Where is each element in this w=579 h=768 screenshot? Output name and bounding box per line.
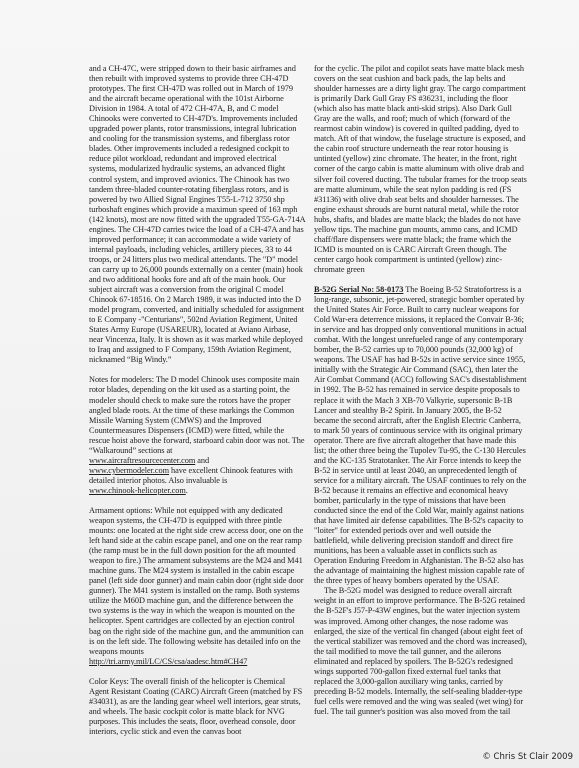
paragraph-gap xyxy=(89,365,306,375)
modeler-notes-paragraph: Notes for modelers: The D model Chinook … xyxy=(89,375,306,496)
army-weapons-mounts-link[interactable]: http://tri.army.mil/LC/CS/csa/aadesc.htm… xyxy=(89,657,247,666)
color-keys-paragraph: Color Keys: The overall finish of the he… xyxy=(89,677,306,737)
chinook-history-paragraph: and a CH-47C, were stripped down to thei… xyxy=(89,64,306,365)
copyright-watermark: © Chris St Clair 2009 xyxy=(482,752,573,762)
cybermodeler-link[interactable]: www.cybermodeler.com xyxy=(89,466,169,475)
paragraph-gap xyxy=(89,496,306,506)
modeler-notes-text: Notes for modelers: The D model Chinook … xyxy=(89,375,304,454)
right-column: for the cyclic. The pilot and copilot se… xyxy=(314,64,528,717)
document-page: and a CH-47C, were stripped down to thei… xyxy=(0,0,579,768)
b52-intro-paragraph: B-52G Serial No: 58-0173 The Boeing B-52… xyxy=(314,285,528,586)
armament-text: Armament options: While not equipped wit… xyxy=(89,506,304,656)
b52-section-heading: B-52G Serial No: 58-0173 xyxy=(314,285,403,294)
paragraph-gap xyxy=(314,275,528,285)
aircraft-resource-center-link[interactable]: www.aircraftresourcecenter.com xyxy=(89,456,195,465)
left-column: and a CH-47C, were stripped down to thei… xyxy=(89,64,306,737)
b52-intro-text: The Boeing B-52 Stratofortress is a long… xyxy=(314,285,527,585)
paragraph-gap xyxy=(89,667,306,677)
and-text: and xyxy=(195,456,209,465)
chinook-helicopter-link[interactable]: www.chinook-helicopter.com xyxy=(89,486,186,495)
b52g-model-paragraph: The B-52G model was designed to reduce o… xyxy=(314,586,528,717)
color-keys-continued-paragraph: for the cyclic. The pilot and copilot se… xyxy=(314,64,528,275)
armament-options-paragraph: Armament options: While not equipped wit… xyxy=(89,506,306,667)
link-suffix: . xyxy=(186,486,188,495)
